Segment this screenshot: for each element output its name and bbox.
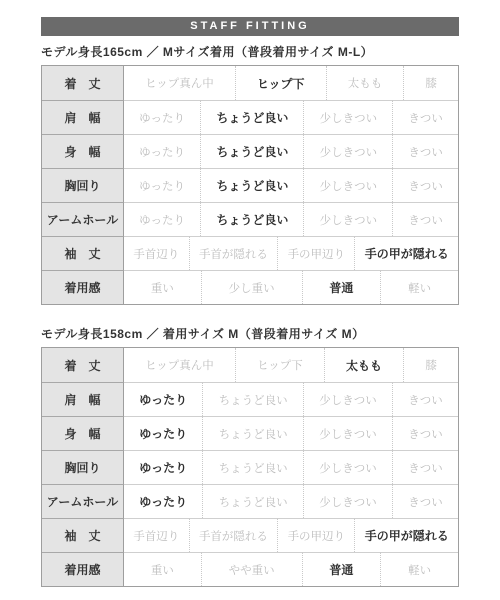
option-cell: 軽い [380, 270, 458, 304]
table-row: 袖 丈 手首辺り 手首が隠れる 手の甲辺り 手の甲が隠れる [42, 518, 458, 552]
table-row: 肩 幅 ゆったり ちょうど良い 少しきつい きつい [42, 382, 458, 416]
table-row: 着 丈 ヒップ真ん中 ヒップ下 太もも 膝 [42, 348, 458, 382]
option-cell: きつい [392, 134, 458, 168]
option-cell: ちょうど良い [202, 450, 303, 484]
option-cell: きつい [392, 416, 458, 450]
fitting-tables: モデル身長165cm ／ Mサイズ着用（普段着用サイズ M-L） 着 丈 ヒップ… [41, 45, 459, 587]
table-row: アームホール ゆったり ちょうど良い 少しきつい きつい [42, 484, 458, 518]
option-cell: きつい [392, 202, 458, 236]
fitting-section: モデル身長158cm ／ 着用サイズ M（普段着用サイズ M） 着 丈 ヒップ真… [41, 327, 459, 587]
row-label: 着 丈 [42, 66, 124, 100]
option-cell: 重い [124, 270, 201, 304]
option-cell: きつい [392, 100, 458, 134]
option-cell: ヒップ真ん中 [124, 66, 235, 100]
row-label: 肩 幅 [42, 100, 124, 134]
row-label: 胸回り [42, 168, 124, 202]
fitting-table: 着 丈 ヒップ真ん中 ヒップ下 太もも 膝 肩 幅 ゆったり ちょうど良い 少し… [41, 347, 459, 587]
row-label: アームホール [42, 484, 124, 518]
table-row: 肩 幅 ゆったり ちょうど良い 少しきつい きつい [42, 100, 458, 134]
table-row: 胸回り ゆったり ちょうど良い 少しきつい きつい [42, 168, 458, 202]
row-label: 着用感 [42, 552, 124, 586]
option-cell: 少し重い [201, 270, 302, 304]
option-cell-selected: 手の甲が隠れる [354, 236, 458, 270]
table-row: 身 幅 ゆったり ちょうど良い 少しきつい きつい [42, 134, 458, 168]
option-cell: 少しきつい [303, 168, 392, 202]
option-cell-selected: ヒップ下 [235, 66, 326, 100]
option-cell-selected: 普通 [302, 552, 381, 586]
section-title: STAFF FITTING [190, 21, 309, 32]
fitting-section: モデル身長165cm ／ Mサイズ着用（普段着用サイズ M-L） 着 丈 ヒップ… [41, 45, 459, 305]
table-row: 着 丈 ヒップ真ん中 ヒップ下 太もも 膝 [42, 66, 458, 100]
option-cell: 手首辺り [124, 236, 189, 270]
table-row: 胸回り ゆったり ちょうど良い 少しきつい きつい [42, 450, 458, 484]
option-cell: 少しきつい [303, 450, 392, 484]
row-label: アームホール [42, 202, 124, 236]
option-cell-selected: ちょうど良い [200, 100, 303, 134]
option-cell: ゆったり [124, 168, 200, 202]
table-row: 着用感 重い 少し重い 普通 軽い [42, 270, 458, 304]
option-cell: 膝 [403, 66, 458, 100]
table-row: 身 幅 ゆったり ちょうど良い 少しきつい きつい [42, 416, 458, 450]
option-cell-selected: ゆったり [124, 484, 202, 518]
model-info: モデル身長165cm ／ Mサイズ着用（普段着用サイズ M-L） [41, 45, 459, 60]
table-row: 袖 丈 手首辺り 手首が隠れる 手の甲辺り 手の甲が隠れる [42, 236, 458, 270]
row-label: 袖 丈 [42, 236, 124, 270]
option-cell: 少しきつい [303, 382, 392, 416]
staff-fitting-page: STAFF FITTING モデル身長165cm ／ Mサイズ着用（普段着用サイ… [0, 0, 500, 587]
option-cell: 膝 [403, 348, 458, 382]
option-cell: 少しきつい [303, 484, 392, 518]
option-cell-selected: ゆったり [124, 382, 202, 416]
option-cell: ゆったり [124, 134, 200, 168]
option-cell: きつい [392, 382, 458, 416]
option-cell: きつい [392, 168, 458, 202]
option-cell: やや重い [201, 552, 302, 586]
option-cell: 少しきつい [303, 134, 392, 168]
option-cell: ヒップ真ん中 [124, 348, 235, 382]
row-label: 袖 丈 [42, 518, 124, 552]
row-label: 着 丈 [42, 348, 124, 382]
option-cell: 少しきつい [303, 202, 392, 236]
option-cell: 太もも [326, 66, 404, 100]
option-cell-selected: 太もも [324, 348, 403, 382]
row-label: 着用感 [42, 270, 124, 304]
option-cell: 軽い [380, 552, 458, 586]
option-cell: ゆったり [124, 100, 200, 134]
option-cell: きつい [392, 484, 458, 518]
option-cell: 手の甲辺り [277, 518, 354, 552]
option-cell: きつい [392, 450, 458, 484]
option-cell: ちょうど良い [202, 416, 303, 450]
option-cell: 手首が隠れる [189, 236, 278, 270]
option-cell: 少しきつい [303, 100, 392, 134]
option-cell: 手の甲辺り [277, 236, 354, 270]
fitting-table: 着 丈 ヒップ真ん中 ヒップ下 太もも 膝 肩 幅 ゆったり ちょうど良い 少し… [41, 65, 459, 305]
option-cell: ヒップ下 [235, 348, 324, 382]
row-label: 肩 幅 [42, 382, 124, 416]
table-row: アームホール ゆったり ちょうど良い 少しきつい きつい [42, 202, 458, 236]
model-info: モデル身長158cm ／ 着用サイズ M（普段着用サイズ M） [41, 327, 459, 342]
option-cell: ちょうど良い [202, 484, 303, 518]
option-cell: 少しきつい [303, 416, 392, 450]
option-cell-selected: ちょうど良い [200, 168, 303, 202]
option-cell: 手首辺り [124, 518, 189, 552]
row-label: 身 幅 [42, 416, 124, 450]
option-cell-selected: ちょうど良い [200, 202, 303, 236]
option-cell: 手首が隠れる [189, 518, 278, 552]
table-row: 着用感 重い やや重い 普通 軽い [42, 552, 458, 586]
option-cell-selected: 手の甲が隠れる [354, 518, 458, 552]
row-label: 身 幅 [42, 134, 124, 168]
option-cell: ちょうど良い [202, 382, 303, 416]
row-label: 胸回り [42, 450, 124, 484]
option-cell: ゆったり [124, 202, 200, 236]
option-cell-selected: 普通 [302, 270, 381, 304]
option-cell-selected: ゆったり [124, 450, 202, 484]
option-cell-selected: ゆったり [124, 416, 202, 450]
option-cell: 重い [124, 552, 201, 586]
option-cell-selected: ちょうど良い [200, 134, 303, 168]
section-title-bar: STAFF FITTING [41, 17, 459, 36]
